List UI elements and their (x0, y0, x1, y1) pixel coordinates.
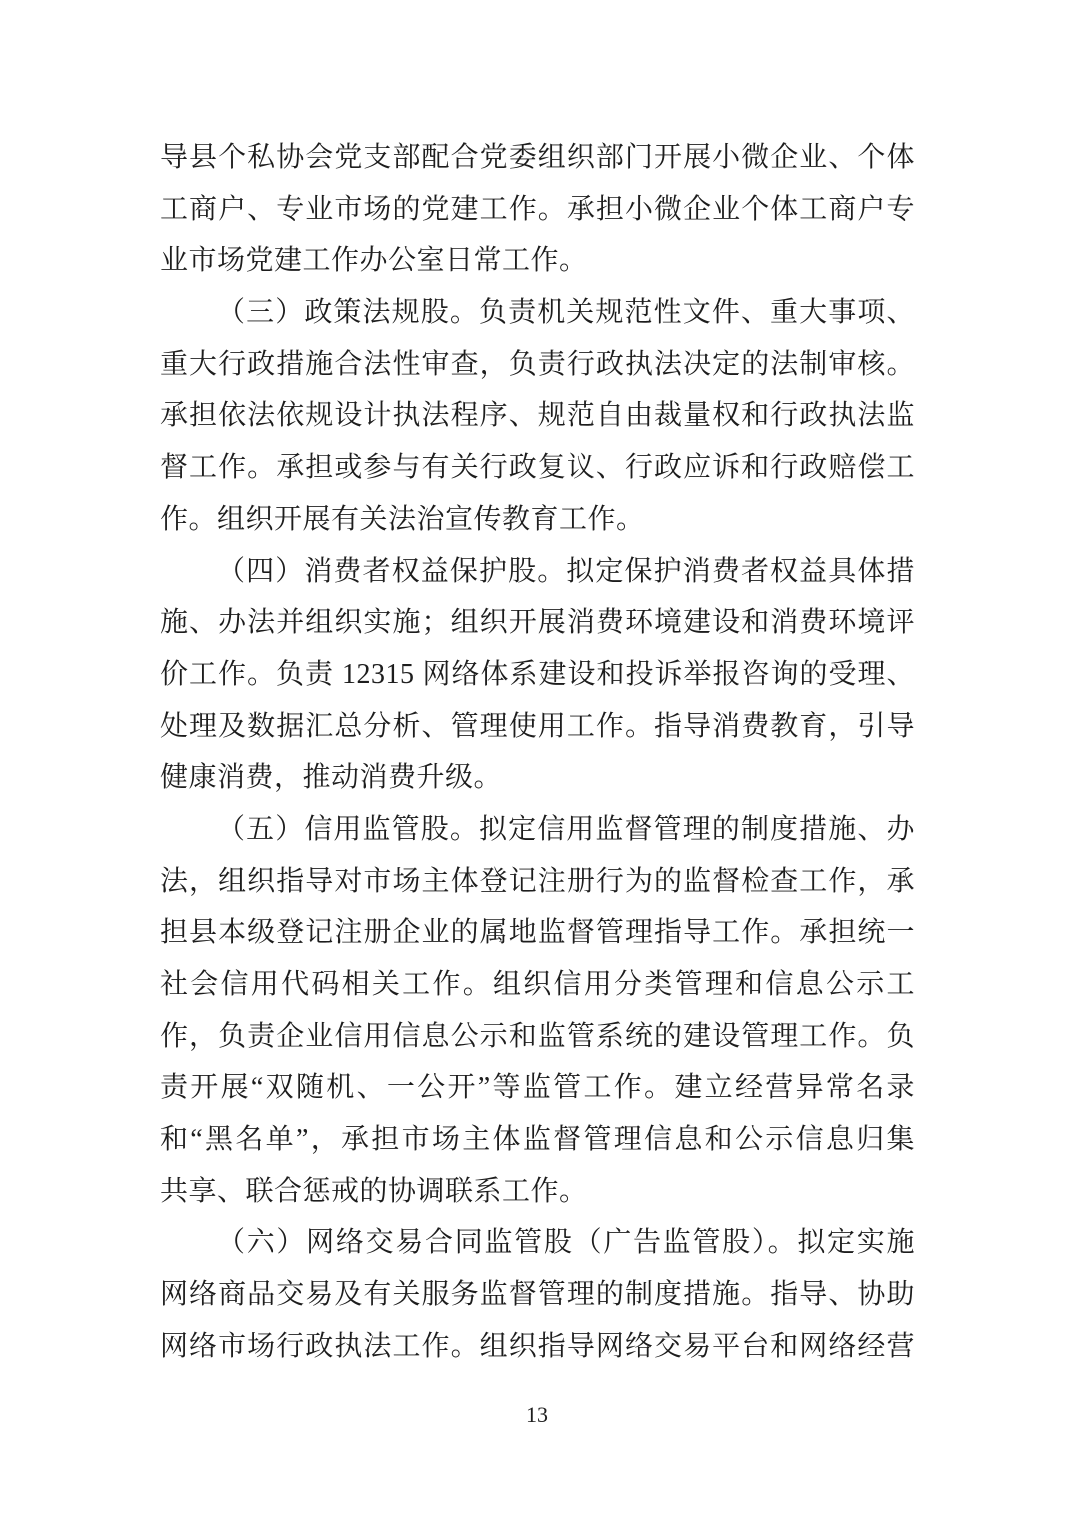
text-line: 重大行政措施合法性审查，负责行政执法决定的法制审核。 (160, 339, 915, 391)
text-line: 网络商品交易及有关服务监督管理的制度措施。指导、协助 (160, 1269, 915, 1321)
text-line: 处理及数据汇总分析、管理使用工作。指导消费教育，引导 (160, 701, 915, 753)
text-line: 工商户、专业市场的党建工作。承担小微企业个体工商户专 (160, 184, 915, 236)
text-line: 担县本级登记注册企业的属地监督管理指导工作。承担统一 (160, 907, 915, 959)
body-text: 导县个私协会党支部配合党委组织部门开展小微企业、个体 工商户、专业市场的党建工作… (160, 132, 915, 1373)
text-line: 责开展“双随机、一公开”等监管工作。建立经营异常名录 (160, 1062, 915, 1114)
text-line: 共享、联合惩戒的协调联系工作。 (160, 1166, 915, 1218)
page-number: 13 (0, 1400, 1074, 1430)
text-line: 社会信用代码相关工作。组织信用分类管理和信息公示工 (160, 959, 915, 1011)
text-line: （四）消费者权益保护股。拟定保护消费者权益具体措 (160, 546, 915, 598)
text-line: 作，负责企业信用信息公示和监管系统的建设管理工作。负 (160, 1011, 915, 1063)
text-line: 导县个私协会党支部配合党委组织部门开展小微企业、个体 (160, 132, 915, 184)
text-line: 健康消费，推动消费升级。 (160, 752, 915, 804)
text-line: 法，组织指导对市场主体登记注册行为的监督检查工作，承 (160, 856, 915, 908)
text-line: 作。组织开展有关法治宣传教育工作。 (160, 494, 915, 546)
text-line: 承担依法依规设计执法程序、规范自由裁量权和行政执法监 (160, 390, 915, 442)
text-line: （六）网络交易合同监管股（广告监管股）。拟定实施 (160, 1217, 915, 1269)
text-line: 网络市场行政执法工作。组织指导网络交易平台和网络经营 (160, 1321, 915, 1373)
text-line: 施、办法并组织实施；组织开展消费环境建设和消费环境评 (160, 597, 915, 649)
document-page: 导县个私协会党支部配合党委组织部门开展小微企业、个体 工商户、专业市场的党建工作… (0, 0, 1074, 1520)
text-line: 和“黑名单”，承担市场主体监督管理信息和公示信息归集 (160, 1114, 915, 1166)
text-line: 价工作。负责 12315 网络体系建设和投诉举报咨询的受理、 (160, 649, 915, 701)
text-line: （五）信用监管股。拟定信用监督管理的制度措施、办 (160, 804, 915, 856)
text-line: 业市场党建工作办公室日常工作。 (160, 235, 915, 287)
text-line: （三）政策法规股。负责机关规范性文件、重大事项、 (160, 287, 915, 339)
text-line: 督工作。承担或参与有关行政复议、行政应诉和行政赔偿工 (160, 442, 915, 494)
